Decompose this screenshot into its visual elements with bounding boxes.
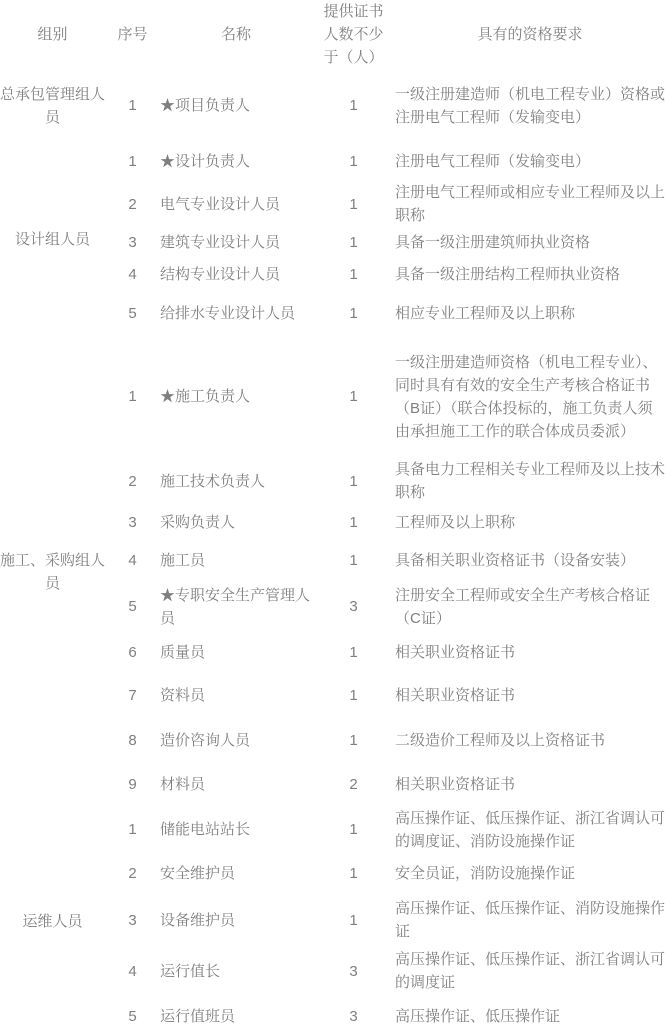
count-cell: 1 (312, 227, 395, 258)
count-cell: 2 (312, 763, 395, 806)
seq-cell: 8 (105, 717, 160, 763)
count-cell: 1 (312, 290, 395, 337)
seq-cell: 2 (105, 456, 160, 506)
count-cell: 1 (312, 853, 395, 894)
requirement-cell: 高压操作证、低压操作证、浙江省调认可的调度证、消防设施操作证 (395, 806, 665, 853)
seq-cell: 3 (105, 894, 160, 946)
name-cell: 运行值班员 (160, 996, 312, 1035)
count-cell: 1 (312, 539, 395, 582)
name-cell: ★设计负责人 (160, 142, 312, 181)
requirement-cell: 二级造价工程师及以上资格证书 (395, 717, 665, 763)
requirement-cell: 相关职业资格证书 (395, 673, 665, 717)
name-cell: 采购负责人 (160, 506, 312, 539)
name-cell: 资料员 (160, 673, 312, 717)
table-row: 设计组人员 1 ★设计负责人 1 注册电气工程师（发输变电） (0, 142, 665, 181)
seq-cell: 4 (105, 946, 160, 996)
requirement-cell: 注册电气工程师或相应专业工程师及以上职称 (395, 181, 665, 227)
count-cell: 1 (312, 456, 395, 506)
name-cell: ★施工负责人 (160, 337, 312, 456)
requirement-cell: 具备相关职业资格证书（设备安装） (395, 539, 665, 582)
count-cell: 1 (312, 894, 395, 946)
seq-cell: 1 (105, 337, 160, 456)
count-cell: 1 (312, 181, 395, 227)
name-cell: 结构专业设计人员 (160, 258, 312, 290)
count-cell: 3 (312, 946, 395, 996)
seq-cell: 1 (105, 69, 160, 142)
seq-cell: 3 (105, 506, 160, 539)
name-cell: 造价咨询人员 (160, 717, 312, 763)
requirement-cell: 具备一级注册建筑师执业资格 (395, 227, 665, 258)
seq-cell: 2 (105, 853, 160, 894)
count-cell: 1 (312, 673, 395, 717)
name-cell: 储能电站站长 (160, 806, 312, 853)
seq-cell: 4 (105, 539, 160, 582)
requirement-cell: 一级注册建造师（机电工程专业）资格或注册电气工程师（发输变电） (395, 69, 665, 142)
requirement-cell: 工程师及以上职称 (395, 506, 665, 539)
name-cell: 施工员 (160, 539, 312, 582)
requirement-cell: 高压操作证、低压操作证、浙江省调认可的调度证 (395, 946, 665, 996)
seq-cell: 5 (105, 290, 160, 337)
requirement-cell: 高压操作证、低压操作证、消防设施操作证 (395, 894, 665, 946)
group-cell: 运维人员 (0, 806, 105, 1035)
name-cell: 安全维护员 (160, 853, 312, 894)
seq-cell: 1 (105, 142, 160, 181)
requirement-cell: 具备一级注册结构工程师执业资格 (395, 258, 665, 290)
count-cell: 3 (312, 996, 395, 1035)
name-cell: 材料员 (160, 763, 312, 806)
col-header-name: 名称 (160, 0, 312, 69)
table-row: 运维人员 1 储能电站站长 1 高压操作证、低压操作证、浙江省调认可的调度证、消… (0, 806, 665, 853)
name-cell: 施工技术负责人 (160, 456, 312, 506)
name-cell: 质量员 (160, 631, 312, 673)
name-cell: 给排水专业设计人员 (160, 290, 312, 337)
qualification-table: 组别 序号 名称 提供证书人数不少于（人） 具有的资格要求 总承包管理组人员 1… (0, 0, 665, 1035)
col-header-group: 组别 (0, 0, 105, 69)
name-cell: 设备维护员 (160, 894, 312, 946)
requirement-cell: 注册电气工程师（发输变电） (395, 142, 665, 181)
seq-cell: 5 (105, 996, 160, 1035)
name-cell: 建筑专业设计人员 (160, 227, 312, 258)
requirement-cell: 注册安全工程师或安全生产考核合格证（C证） (395, 582, 665, 631)
group-cell: 施工、采购组人员 (0, 337, 105, 806)
seq-cell: 1 (105, 806, 160, 853)
count-cell: 1 (312, 142, 395, 181)
requirement-cell: 一级注册建造师资格（机电工程专业）、同时具有有效的安全生产考核合格证书（B证）（… (395, 337, 665, 456)
seq-cell: 9 (105, 763, 160, 806)
seq-cell: 6 (105, 631, 160, 673)
col-header-requirement: 具有的资格要求 (395, 0, 665, 69)
name-cell: ★专职安全生产管理人员 (160, 582, 312, 631)
count-cell: 1 (312, 337, 395, 456)
count-cell: 1 (312, 717, 395, 763)
table-row: 总承包管理组人员 1 ★项目负责人 1 一级注册建造师（机电工程专业）资格或注册… (0, 69, 665, 142)
name-cell: ★项目负责人 (160, 69, 312, 142)
name-cell: 电气专业设计人员 (160, 181, 312, 227)
personnel-qualification-document: 组别 序号 名称 提供证书人数不少于（人） 具有的资格要求 总承包管理组人员 1… (0, 0, 665, 1035)
seq-cell: 7 (105, 673, 160, 717)
group-cell: 设计组人员 (0, 142, 105, 337)
requirement-cell: 具备电力工程相关专业工程师及以上技术职称 (395, 456, 665, 506)
name-cell: 运行值长 (160, 946, 312, 996)
header-row: 组别 序号 名称 提供证书人数不少于（人） 具有的资格要求 (0, 0, 665, 69)
count-cell: 1 (312, 258, 395, 290)
col-header-count: 提供证书人数不少于（人） (312, 0, 395, 69)
count-cell: 1 (312, 631, 395, 673)
group-cell: 总承包管理组人员 (0, 69, 105, 142)
count-cell: 1 (312, 69, 395, 142)
seq-cell: 4 (105, 258, 160, 290)
col-header-seq: 序号 (105, 0, 160, 69)
seq-cell: 3 (105, 227, 160, 258)
seq-cell: 2 (105, 181, 160, 227)
seq-cell: 5 (105, 582, 160, 631)
table-row: 施工、采购组人员 1 ★施工负责人 1 一级注册建造师资格（机电工程专业）、同时… (0, 337, 665, 456)
requirement-cell: 相关职业资格证书 (395, 631, 665, 673)
requirement-cell: 相关职业资格证书 (395, 763, 665, 806)
count-cell: 1 (312, 806, 395, 853)
requirement-cell: 安全员证，消防设施操作证 (395, 853, 665, 894)
requirement-cell: 相应专业工程师及以上职称 (395, 290, 665, 337)
count-cell: 1 (312, 506, 395, 539)
count-cell: 3 (312, 582, 395, 631)
requirement-cell: 高压操作证、低压操作证 (395, 996, 665, 1035)
